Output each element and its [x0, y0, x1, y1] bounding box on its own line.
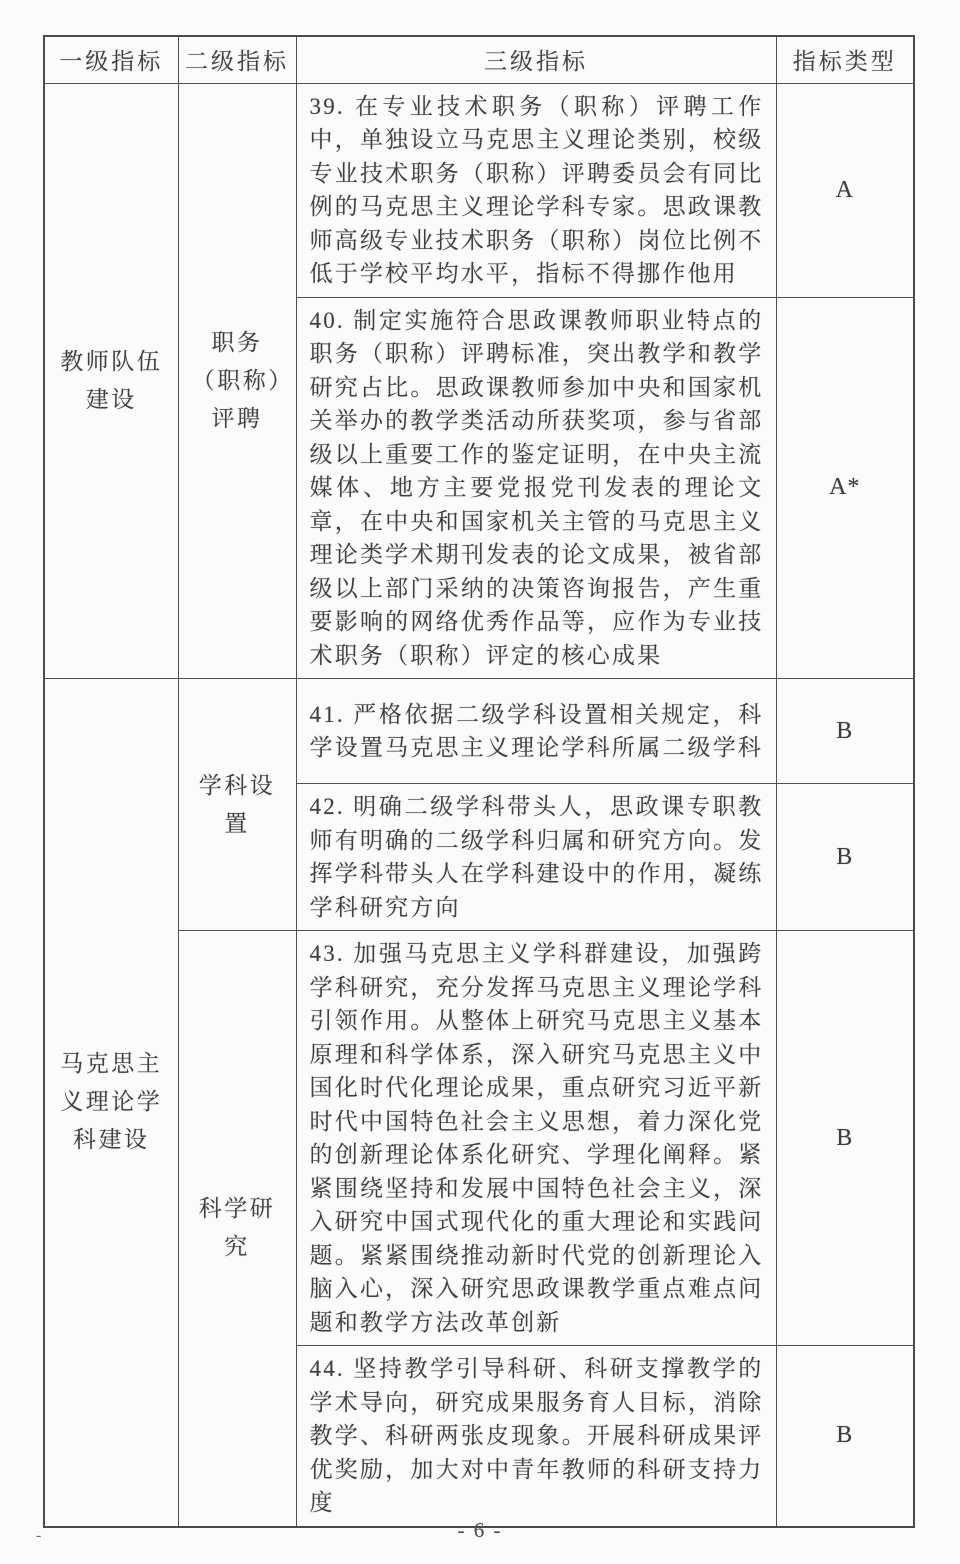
indicator-44-text: 44. 坚持教学引导科研、科研支撑教学的学术导向，研究成果服务育人目标，消除教学… — [296, 1346, 776, 1527]
indicator-table: 一级指标 二级指标 三级指标 指标类型 教师队伍建设 职务（职称）评聘 39. … — [43, 35, 915, 1528]
indicator-39-text: 39. 在专业技术职务（职称）评聘工作中，单独设立马克思主义理论类别，校级专业技… — [296, 83, 776, 297]
indicator-40-type: A* — [776, 297, 914, 679]
indicator-41-type: B — [776, 679, 914, 784]
level1-cell-marxism-discipline: 马克思主义理论学科建设 — [44, 679, 178, 1527]
table-row: 马克思主义理论学科建设 学科设置 41. 严格依据二级学科设置相关规定，科学设置… — [44, 679, 914, 784]
indicator-42-type: B — [776, 784, 914, 931]
header-indicator-type: 指标类型 — [776, 36, 914, 83]
indicator-44-type: B — [776, 1346, 914, 1527]
level2-cell-scientific-research: 科学研究 — [178, 931, 296, 1527]
indicator-43-type: B — [776, 931, 914, 1346]
level2-cell-duty-title-appointment: 职务（职称）评聘 — [178, 83, 296, 679]
table-row: 教师队伍建设 职务（职称）评聘 39. 在专业技术职务（职称）评聘工作中，单独设… — [44, 83, 914, 297]
header-level3-indicator: 三级指标 — [296, 36, 776, 83]
level1-cell-teacher-team: 教师队伍建设 — [44, 83, 178, 679]
table-header-row: 一级指标 二级指标 三级指标 指标类型 — [44, 36, 914, 83]
indicator-41-text: 41. 严格依据二级学科设置相关规定，科学设置马克思主义理论学科所属二级学科 — [296, 679, 776, 784]
indicator-42-text: 42. 明确二级学科带头人，思政课专职教师有明确的二级学科归属和研究方向。发挥学… — [296, 784, 776, 931]
level2-cell-discipline-setup: 学科设置 — [178, 679, 296, 931]
indicator-39-type: A — [776, 83, 914, 297]
page-number: - 6 - — [0, 1518, 960, 1543]
indicator-40-text: 40. 制定实施符合思政课教师职业特点的职务（职称）评聘标准，突出教学和教学研究… — [296, 297, 776, 679]
header-level1-indicator: 一级指标 — [44, 36, 178, 83]
document-page: 一级指标 二级指标 三级指标 指标类型 教师队伍建设 职务（职称）评聘 39. … — [0, 0, 960, 1564]
header-level2-indicator: 二级指标 — [178, 36, 296, 83]
indicator-43-text: 43. 加强马克思主义学科群建设，加强跨学科研究，充分发挥马克思主义理论学科引领… — [296, 931, 776, 1346]
